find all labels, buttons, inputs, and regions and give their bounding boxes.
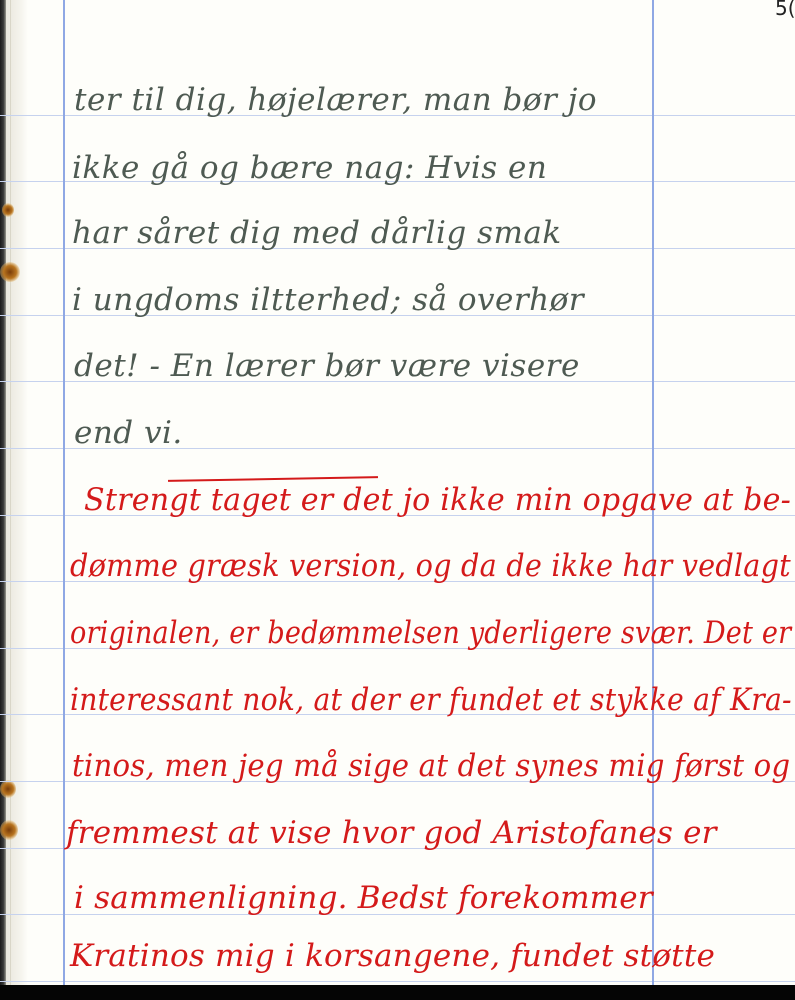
ruled-line [0, 981, 795, 982]
red-ink-text-line: interessant nok, at der er fundet et sty… [70, 682, 792, 718]
page-number: 5( [775, 0, 795, 20]
red-ink-text-line: Strengt taget er det jo ikke min opgave … [84, 482, 791, 518]
red-ink-text-line: i sammenligning. Bedst forekommer [74, 880, 653, 916]
rust-spot [2, 203, 14, 217]
pencil-text-line: ter til dig, højelærer, man bør jo [74, 82, 597, 118]
rust-spot [0, 262, 20, 282]
red-ink-text-line: fremmest at vise hvor god Aristofanes er [66, 815, 717, 851]
red-ink-text-line: originalen, er bedømmelsen yderligere sv… [70, 615, 791, 651]
red-ink-text-line: dømme græsk version, og da de ikke har v… [70, 548, 791, 584]
notebook-page: 5( ter til dig, højelærer, man bør jo ik… [0, 0, 795, 1000]
rust-spot [0, 780, 16, 798]
pencil-text-line: ikke gå og bære nag: Hvis en [72, 150, 547, 186]
pencil-text-line: det! - En lærer bør være visere [74, 348, 580, 384]
red-ink-overline [168, 476, 378, 482]
scan-bottom-border [0, 985, 795, 1000]
red-ink-text-line: Kratinos mig i korsangene, fundet støtte [70, 938, 715, 974]
pencil-text-line: har såret dig med dårlig smak [72, 215, 562, 251]
red-ink-text-line: tinos, men jeg må sige at det synes mig … [72, 748, 790, 784]
rust-spot [0, 820, 18, 840]
pencil-text-line: i ungdoms iltterhed; så overhør [72, 282, 584, 318]
pencil-text-line: end vi. [74, 415, 183, 451]
left-margin-rule [63, 0, 65, 985]
